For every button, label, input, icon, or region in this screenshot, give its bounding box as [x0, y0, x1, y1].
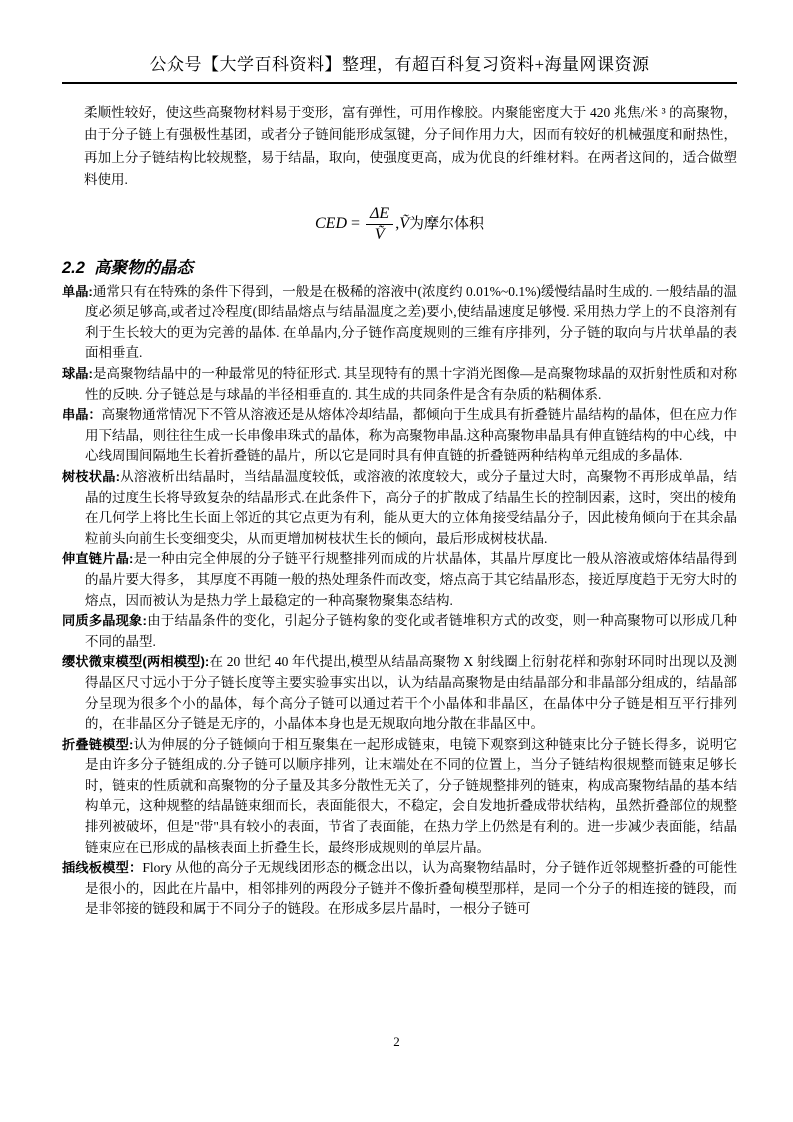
section-title: 高聚物的晶态: [94, 259, 193, 277]
entry-term: 球晶:: [62, 366, 93, 381]
formula-suffix-variable: Ṽ: [399, 215, 409, 232]
ced-formula: CED = ΔEṼ,Ṽ为摩尔体积: [62, 205, 737, 244]
formula-fraction: ΔEṼ: [366, 205, 393, 244]
entry-definition: 从溶液析出结晶时，当结晶温度较低，或溶液的浓度较大，或分子量过大时，高聚物不再形…: [85, 469, 737, 546]
entry-shenzhilian-pianjing: 伸直链片晶:是一种由完全伸展的分子链平行规整排列而成的片状晶体，其晶片厚度比一般…: [62, 549, 737, 611]
entry-definition: 高聚物通常情况下不管从溶液还是从熔体冷却结晶，都倾向于生成具有折叠链片晶结构的晶…: [85, 407, 737, 463]
entry-definition: 由于结晶条件的变化，引起分子链构象的变化或者链堆积方式的改变，则一种高聚物可以形…: [85, 613, 737, 649]
document-page: { "header": { "text": "公众号【大学百科资料】整理，有超百…: [0, 0, 793, 1122]
entry-danjing: 单晶:通常只有在特殊的条件下得到，一般是在极稀的溶液中(浓度约 0.01%~0.…: [62, 282, 737, 364]
formula-lhs: CED: [315, 215, 347, 232]
entry-term: 树枝状晶:: [62, 469, 120, 484]
entry-definition: 认为伸展的分子链倾向于相互聚集在一起形成链束，电镜下观察到这种链束比分子链长得多…: [85, 737, 737, 855]
section-number: 2.2: [62, 259, 85, 277]
entry-qiujing: 球晶:是高聚物结晶中的一种最常见的特征形式. 其呈现特有的黑十字消光图像—是高聚…: [62, 364, 737, 405]
page-content: 公众号【大学百科资料】整理，有超百科复习资料+海量网课资源 柔顺性较好，使这些高…: [62, 0, 737, 920]
entry-term: 插线板模型：: [62, 860, 142, 875]
formula-suffix-text: 为摩尔体积: [409, 216, 484, 232]
entry-shuzhizhuangjing: 树枝状晶:从溶液析出结晶时，当结晶温度较低，或溶液的浓度较大，或分子量过大时，高…: [62, 467, 737, 549]
fraction-denominator: Ṽ: [366, 225, 393, 244]
entry-chuanjing: 串晶：高聚物通常情况下不管从溶液还是从熔体冷却结晶，都倾向于生成具有折叠链片晶结…: [62, 405, 737, 467]
entry-term: 串晶：: [62, 407, 102, 422]
section-heading: 2.2高聚物的晶态: [62, 254, 737, 278]
entry-definition: 通常只有在特殊的条件下得到，一般是在极稀的溶液中(浓度约 0.01%~0.1%)…: [85, 284, 737, 361]
entry-term: 缨状微束模型(两相模型):: [62, 654, 209, 669]
fraction-numerator: ΔE: [366, 205, 393, 225]
intro-paragraph: 柔顺性较好，使这些高聚物材料易于变形，富有弹性，可用作橡胶。内聚能密度大于 42…: [62, 102, 737, 192]
page-number: 2: [0, 1034, 793, 1050]
entry-definition: 是高聚物结晶中的一种最常见的特征形式. 其呈现特有的黑十字消光图像—是高聚物球晶…: [85, 366, 737, 402]
entry-term: 伸直链片晶:: [62, 551, 133, 566]
entry-definition: 是一种由完全伸展的分子链平行规整排列而成的片状晶体，其晶片厚度比一般从溶液或熔体…: [85, 551, 737, 607]
formula-equals: =: [351, 215, 360, 232]
entry-term: 同质多晶现象:: [62, 613, 147, 628]
entry-definition: Flory 从他的高分子无规线团形态的概念出以，认为高聚物结晶时，分子链作近邻规…: [85, 860, 737, 916]
definition-list: 单晶:通常只有在特殊的条件下得到，一般是在极稀的溶液中(浓度约 0.01%~0.…: [62, 282, 737, 920]
entry-term: 单晶:: [62, 284, 93, 299]
entry-chaxianban-moxing: 插线板模型：Flory 从他的高分子无规线团形态的概念出以，认为高聚物结晶时，分…: [62, 858, 737, 920]
header-divider: [62, 82, 737, 84]
entry-zhedielian-moxing: 折叠链模型:认为伸展的分子链倾向于相互聚集在一起形成链束，电镜下观察到这种链束比…: [62, 735, 737, 859]
entry-tongzhiduojing: 同质多晶现象:由于结晶条件的变化，引起分子链构象的变化或者链堆积方式的改变，则一…: [62, 611, 737, 652]
entry-yingzhuang-weishu-moxing: 缨状微束模型(两相模型):在 20 世纪 40 年代提出,模型从结晶高聚物 X …: [62, 652, 737, 734]
page-header-title: 公众号【大学百科资料】整理，有超百科复习资料+海量网课资源: [62, 0, 737, 75]
entry-term: 折叠链模型:: [62, 737, 133, 752]
